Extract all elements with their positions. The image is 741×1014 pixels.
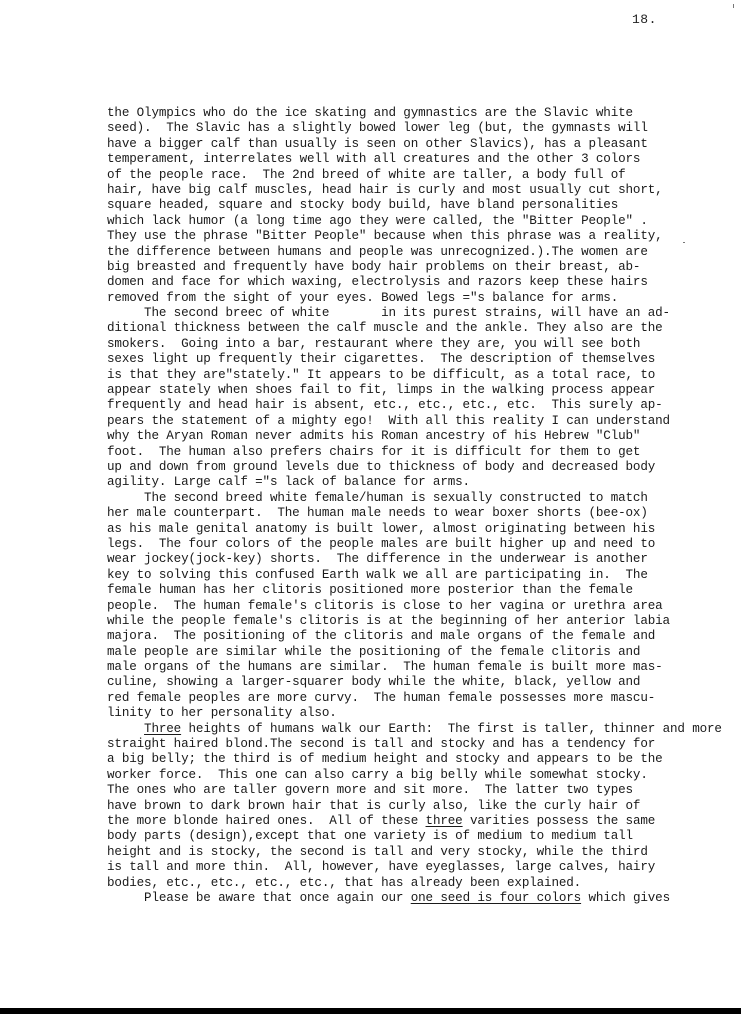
underlined-text: three [426, 814, 463, 828]
stray-mark [733, 4, 734, 8]
text-line: The second breed white female/human is s… [107, 491, 741, 506]
text-line: a big belly; the third is of medium heig… [107, 752, 741, 767]
text-line: is tall and more thin. All, however, hav… [107, 860, 741, 875]
text-line: worker force. This one can also carry a … [107, 768, 741, 783]
text-line: smokers. Going into a bar, restaurant wh… [107, 337, 741, 352]
text-line: while the people female's clitoris is at… [107, 614, 741, 629]
text-line: height and is stocky, the second is tall… [107, 845, 741, 860]
text-line: culine, showing a larger-squarer body wh… [107, 675, 741, 690]
text-line: the difference between humans and people… [107, 245, 741, 260]
text-line: straight haired blond.The second is tall… [107, 737, 741, 752]
text-line: body parts (design),except that one vari… [107, 829, 741, 844]
text-line: why the Aryan Roman never admits his Rom… [107, 429, 741, 444]
text-line: male organs of the humans are similar. T… [107, 660, 741, 675]
text-line: square headed, square and stocky body bu… [107, 198, 741, 213]
scan-edge-bar [0, 1008, 741, 1014]
underlined-text: one seed is four colors [411, 891, 581, 905]
text-line: as his male genital anatomy is built low… [107, 522, 741, 537]
text-line: wear jockey(jock-key) shorts. The differ… [107, 552, 741, 567]
stray-mark [683, 242, 685, 243]
text-line: removed from the sight of your eyes. Bow… [107, 291, 741, 306]
text-line: have brown to dark brown hair that is cu… [107, 799, 741, 814]
text-line: foot. The human also prefers chairs for … [107, 445, 741, 460]
text-line: which lack humor (a long time ago they w… [107, 214, 741, 229]
page-number: 18. [632, 12, 657, 27]
text-line: key to solving this confused Earth walk … [107, 568, 741, 583]
text-line: big breasted and frequently have body ha… [107, 260, 741, 275]
text-line: seed). The Slavic has a slightly bowed l… [107, 121, 741, 136]
text-line: frequently and head hair is absent, etc.… [107, 398, 741, 413]
text-line: have a bigger calf than usually is seen … [107, 137, 741, 152]
text-line: majora. The positioning of the clitoris … [107, 629, 741, 644]
text-line: agility. Large calf ="s lack of balance … [107, 475, 741, 490]
text-line: temperament, interrelates well with all … [107, 152, 741, 167]
text-line: domen and face for which waxing, electro… [107, 275, 741, 290]
text-line: male people are similar while the positi… [107, 645, 741, 660]
text-line: They use the phrase "Bitter People" beca… [107, 229, 741, 244]
text-line: is that they are"stately." It appears to… [107, 368, 741, 383]
text-line: her male counterpart. The human male nee… [107, 506, 741, 521]
text-line: appear stately when shoes fail to fit, l… [107, 383, 741, 398]
text-line: The ones who are taller govern more and … [107, 783, 741, 798]
text-line: bodies, etc., etc., etc., etc., that has… [107, 876, 741, 891]
text-line: pears the statement of a mighty ego! Wit… [107, 414, 741, 429]
text-line: female human has her clitoris positioned… [107, 583, 741, 598]
text-line: Three heights of humans walk our Earth: … [107, 722, 741, 737]
text-line: hair, have big calf muscles, head hair i… [107, 183, 741, 198]
text-line: of the people race. The 2nd breed of whi… [107, 168, 741, 183]
text-line: red female peoples are more curvy. The h… [107, 691, 741, 706]
text-line: The second breec of white in its purest … [107, 306, 741, 321]
text-line: ditional thickness between the calf musc… [107, 321, 741, 336]
document-body: the Olympics who do the ice skating and … [107, 106, 741, 906]
text-line: the Olympics who do the ice skating and … [107, 106, 741, 121]
text-line: legs. The four colors of the people male… [107, 537, 741, 552]
text-line: linity to her personality also. [107, 706, 741, 721]
underlined-text: Three [144, 722, 181, 736]
text-line: the more blonde haired ones. All of thes… [107, 814, 741, 829]
text-line: people. The human female's clitoris is c… [107, 599, 741, 614]
text-line: sexes light up frequently their cigarett… [107, 352, 741, 367]
text-line: Please be aware that once again our one … [107, 891, 741, 906]
text-line: up and down from ground levels due to th… [107, 460, 741, 475]
